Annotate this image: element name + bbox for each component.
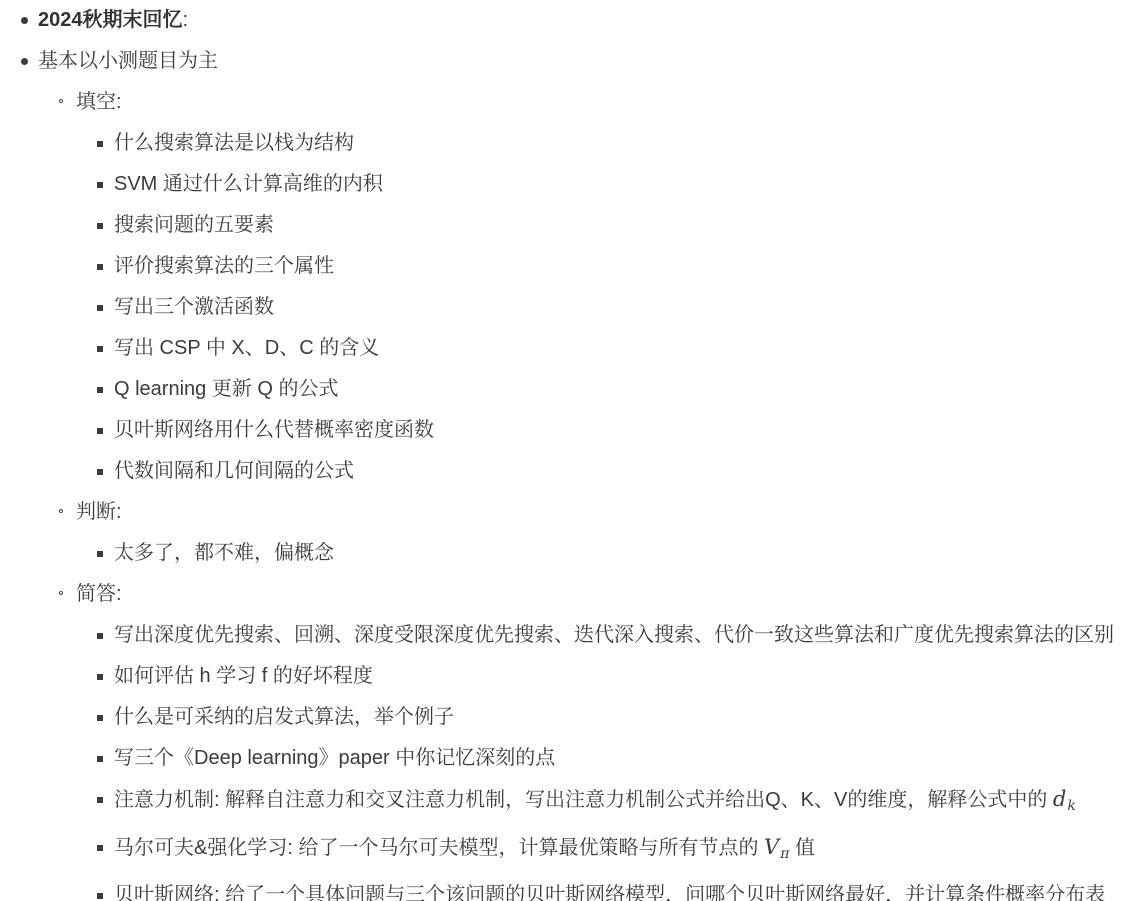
section-label-text: 判断: [76,501,122,523]
item-text: 搜索问题的五要素 [114,214,274,236]
math-base: d [1053,787,1066,811]
section-label-short-answer: 简答: 写出深度优先搜索、回溯、深度受限深度优先搜索、迭代深入搜索、代价一致这些… [76,581,1132,901]
fill-blank-item: 写出 CSP 中 X、D、C 的含义 [114,335,1132,362]
bullet-circle-icon [59,509,63,513]
short-answer-item: 如何评估 h 学习 f 的好坏程度 [114,663,1132,690]
bullet-square-icon [97,893,103,899]
item-text: 贝叶斯网络用什么代替概率密度函数 [114,419,434,441]
fill-blank-list: 什么搜索算法是以栈为结构 SVM 通过什么计算高维的内积 搜索问题的五要素 评价… [76,130,1132,485]
bullet-square-icon [97,264,103,270]
exam-intro-text: 基本以小测题目为主 [38,50,218,72]
bullet-circle-icon [59,99,63,103]
bullet-square-icon [97,428,103,434]
short-answer-item: 什么是可采纳的启发式算法，举个例子 [114,704,1132,731]
item-text-pre: 马尔可夫&强化学习: 给了一个马尔可夫模型，计算最优策略与所有节点的 [114,837,764,859]
judge-list: 太多了，都不难，偏概念 [76,540,1132,567]
section-label-text: 填空: [76,91,122,113]
exam-title-bold: 2024秋期末回忆 [38,9,183,31]
section-label-judge: 判断: 太多了，都不难，偏概念 [76,499,1132,567]
bullet-square-icon [97,387,103,393]
short-answer-item-attention: 注意力机制: 解释自注意力和交叉注意力机制，写出注意力机制公式并给出Q、K、V的… [114,786,1132,820]
item-text: 如何评估 h 学习 f 的好坏程度 [114,665,373,687]
bullet-square-icon [97,633,103,639]
math-subscript: k [1067,798,1075,814]
bullet-square-icon [97,223,103,229]
fill-blank-item: 贝叶斯网络用什么代替概率密度函数 [114,417,1132,444]
math-d-k: dk [1053,787,1076,811]
bullet-square-icon [97,469,103,475]
math-v-pi: Vπ [764,835,789,859]
bullet-square-icon [97,346,103,352]
judge-item: 太多了，都不难，偏概念 [114,540,1132,567]
exam-title-suffix: : [183,9,189,31]
item-text: 写三个《Deep learning》paper 中你记忆深刻的点 [114,747,555,769]
bullet-square-icon [97,756,103,762]
bullet-square-icon [97,674,103,680]
bullet-square-icon [97,182,103,188]
item-text: 评价搜索算法的三个属性 [114,255,334,277]
exam-recall-list: 2024秋期末回忆: 基本以小测题目为主 填空: 什么搜索算法是以栈为结构 SV… [0,7,1132,901]
math-subscript: π [780,846,789,862]
item-text-post: 值 [789,837,815,859]
item-text: Q learning 更新 Q 的公式 [114,378,339,400]
item-text: 写出 CSP 中 X、D、C 的含义 [114,337,379,359]
question-sections: 填空: 什么搜索算法是以栈为结构 SVM 通过什么计算高维的内积 搜索问题的五要… [38,89,1132,901]
section-label-text: 简答: [76,583,122,605]
bullet-square-icon [97,845,103,851]
short-answer-list: 写出深度优先搜索、回溯、深度受限深度优先搜索、迭代深入搜索、代价一致这些算法和广… [76,622,1132,901]
short-answer-item-bayes: 贝叶斯网络: 给了一个具体问题与三个该问题的贝叶斯网络模型，问哪个贝叶斯网络最好… [114,882,1132,901]
item-text: 什么是可采纳的启发式算法，举个例子 [114,706,454,728]
exam-title-item: 2024秋期末回忆: [38,7,1132,34]
short-answer-item: 写三个《Deep learning》paper 中你记忆深刻的点 [114,745,1132,772]
fill-blank-item: 什么搜索算法是以栈为结构 [114,130,1132,157]
item-text: 什么搜索算法是以栈为结构 [114,132,354,154]
bullet-square-icon [97,715,103,721]
math-base: V [764,835,779,859]
item-text: 太多了，都不难，偏概念 [114,542,334,564]
item-text-pre: 注意力机制: 解释自注意力和交叉注意力机制，写出注意力机制公式并给出Q、K、V的… [114,789,1053,811]
item-text: 写出深度优先搜索、回溯、深度受限深度优先搜索、迭代深入搜索、代价一致这些算法和广… [114,624,1114,646]
bullet-square-icon [97,551,103,557]
fill-blank-item: 写出三个激活函数 [114,294,1132,321]
short-answer-item: 写出深度优先搜索、回溯、深度受限深度优先搜索、迭代深入搜索、代价一致这些算法和广… [114,622,1132,649]
fill-blank-item: 代数间隔和几何间隔的公式 [114,458,1132,485]
item-text: SVM 通过什么计算高维的内积 [114,173,383,195]
section-label-fill-blank: 填空: 什么搜索算法是以栈为结构 SVM 通过什么计算高维的内积 搜索问题的五要… [76,89,1132,485]
item-text: 写出三个激活函数 [114,296,274,318]
exam-intro-item: 基本以小测题目为主 填空: 什么搜索算法是以栈为结构 SVM 通过什么计算高维的… [38,48,1132,901]
bullet-square-icon [97,305,103,311]
bullet-square-icon [97,797,103,803]
fill-blank-item: Q learning 更新 Q 的公式 [114,376,1132,403]
short-answer-item-markov: 马尔可夫&强化学习: 给了一个马尔可夫模型，计算最优策略与所有节点的 Vπ 值 [114,834,1132,868]
bullet-circle-icon [59,591,63,595]
item-text: 贝叶斯网络: 给了一个具体问题与三个该问题的贝叶斯网络模型，问哪个贝叶斯网络最好… [114,884,1105,901]
item-text: 代数间隔和几何间隔的公式 [114,460,354,482]
bullet-disc-icon [21,58,28,65]
bullet-square-icon [97,141,103,147]
fill-blank-item: 评价搜索算法的三个属性 [114,253,1132,280]
fill-blank-item: 搜索问题的五要素 [114,212,1132,239]
bullet-disc-icon [21,17,28,24]
fill-blank-item: SVM 通过什么计算高维的内积 [114,171,1132,198]
